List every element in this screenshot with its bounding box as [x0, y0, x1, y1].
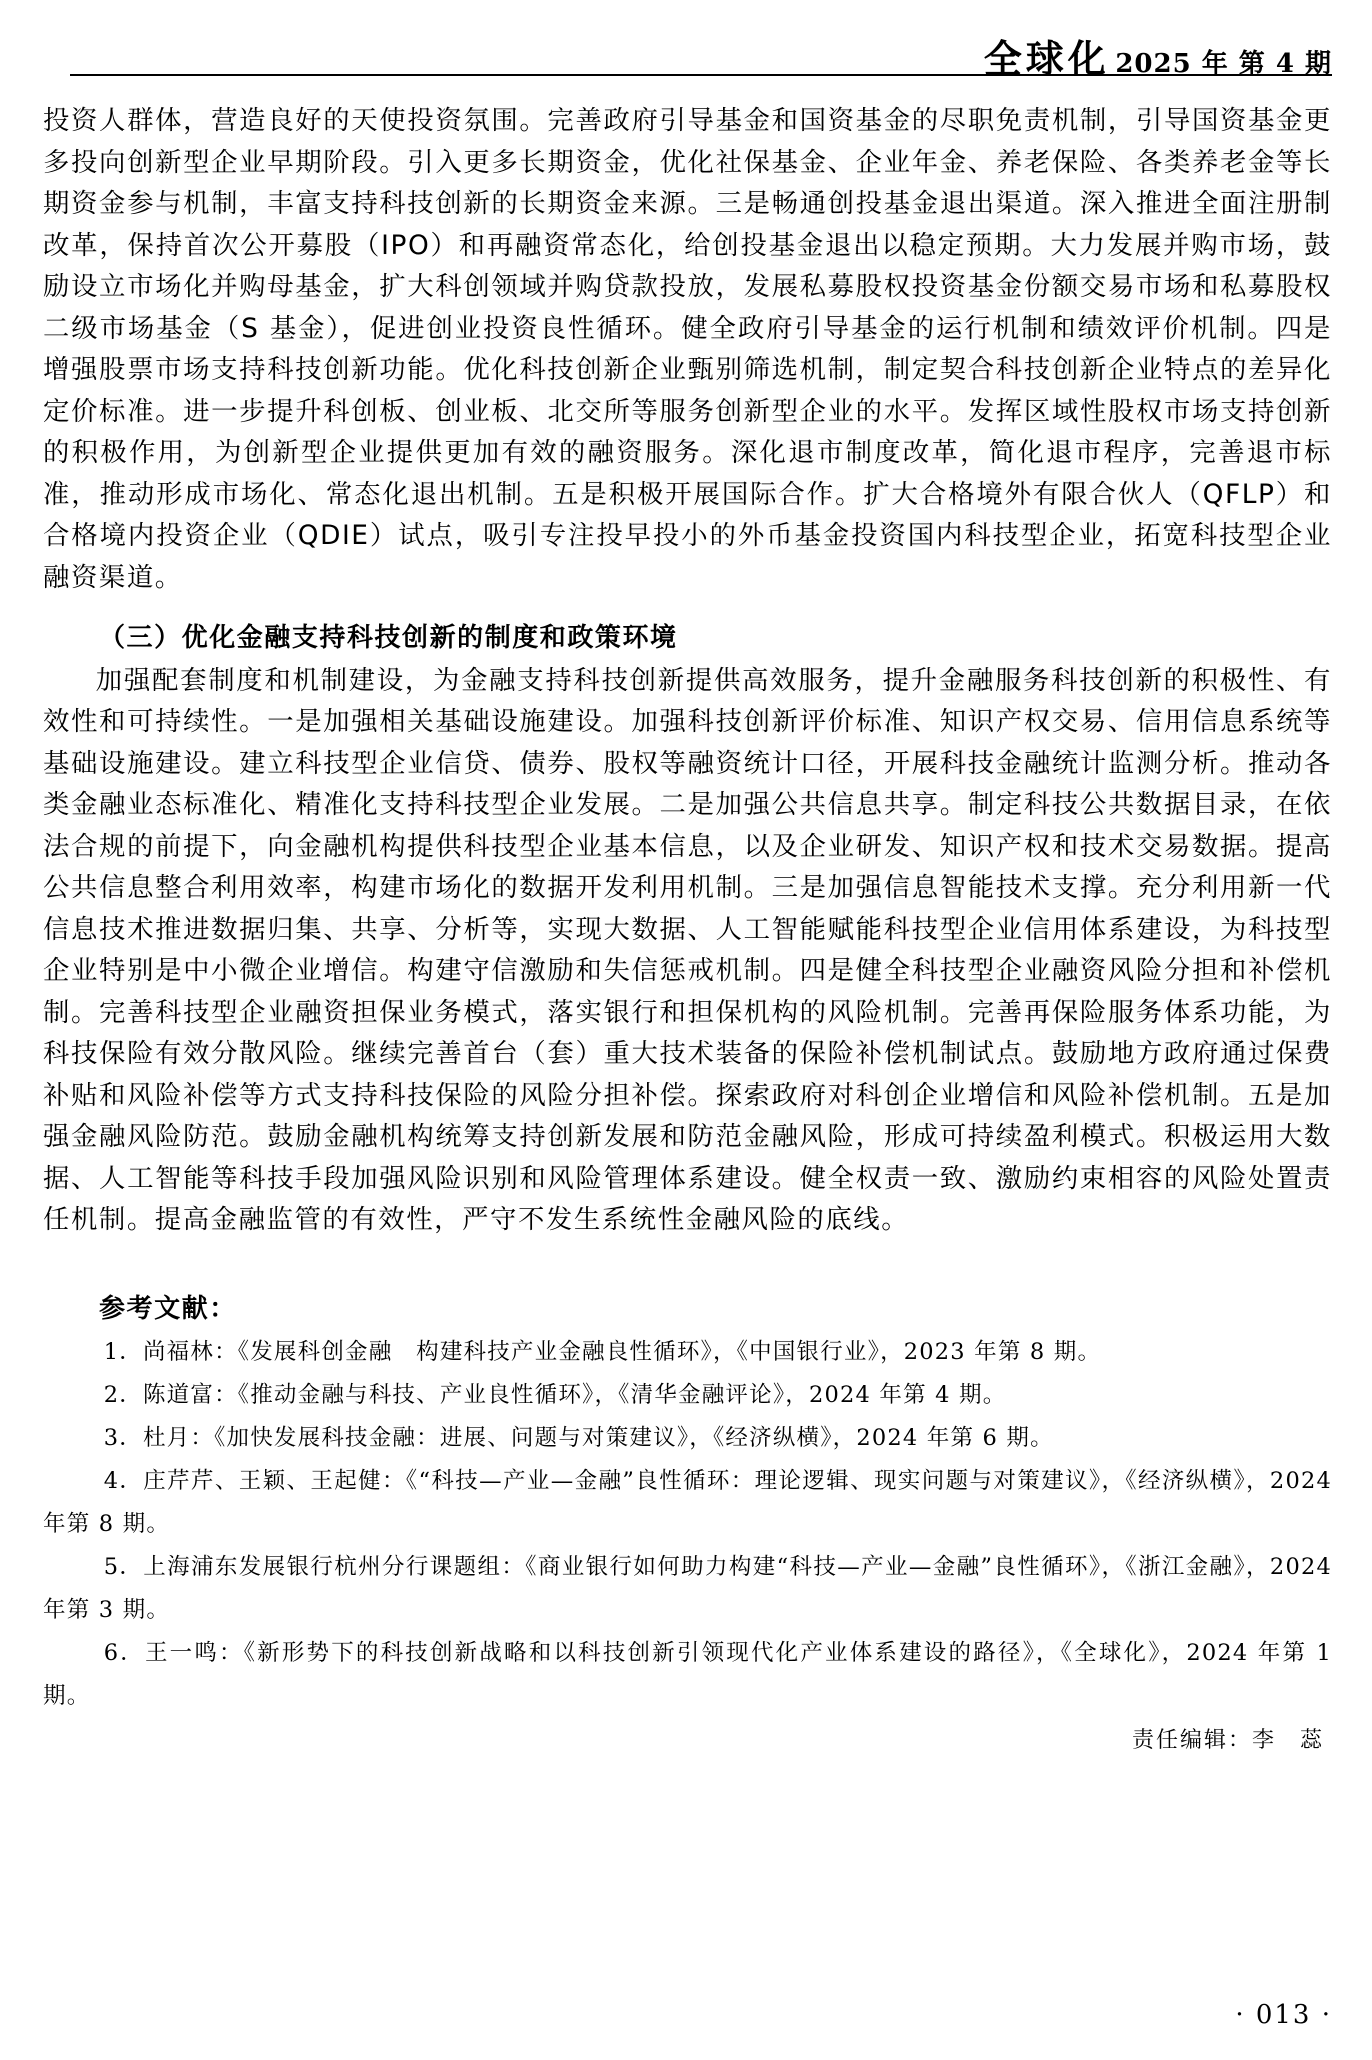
running-header: 全球化 2025 年 第 4 期 — [70, 26, 1332, 76]
responsible-editor: 责任编辑：李 蕊 — [43, 1720, 1332, 1762]
section-paragraph: 加强配套制度和机制建设，为金融支持科技创新提供高效服务，提升金融服务科技创新的积… — [43, 660, 1332, 1241]
body-paragraph-continued: 投资人群体，营造良好的天使投资氛围。完善政府引导基金和国资基金的尽职免责机制，引… — [43, 100, 1332, 598]
references-title: 参考文献： — [43, 1289, 1332, 1329]
reference-item: 4．庄芹芹、王颖、王起健：《“科技—产业—金融”良性循环：理论逻辑、现实问题与对… — [43, 1460, 1332, 1546]
journal-masthead: 全球化 2025 年 第 4 期 — [984, 28, 1332, 83]
article-body: 投资人群体，营造良好的天使投资氛围。完善政府引导基金和国资基金的尽职免责机制，引… — [43, 100, 1332, 1761]
reference-item: 6．王一鸣：《新形势下的科技创新战略和以科技创新引领现代化产业体系建设的路径》，… — [43, 1632, 1332, 1718]
journal-name: 全球化 — [984, 37, 1110, 81]
reference-item: 5．上海浦东发展银行杭州分行课题组：《商业银行如何助力构建“科技—产业—金融”良… — [43, 1546, 1332, 1632]
page-number: · 013 · — [1235, 2000, 1332, 2030]
reference-item: 3．杜月：《加快发展科技金融：进展、问题与对策建议》，《经济纵横》，2024 年… — [43, 1417, 1332, 1460]
issue-label: 2025 年 第 4 期 — [1115, 49, 1332, 79]
reference-item: 1．尚福林：《发展科创金融 构建科技产业金融良性循环》，《中国银行业》，2023… — [43, 1331, 1332, 1374]
references-list: 1．尚福林：《发展科创金融 构建科技产业金融良性循环》，《中国银行业》，2023… — [43, 1331, 1332, 1718]
section-heading: （三）优化金融支持科技创新的制度和政策环境 — [43, 618, 1332, 660]
reference-item: 2．陈道富：《推动金融与科技、产业良性循环》，《清华金融评论》，2024 年第 … — [43, 1374, 1332, 1417]
